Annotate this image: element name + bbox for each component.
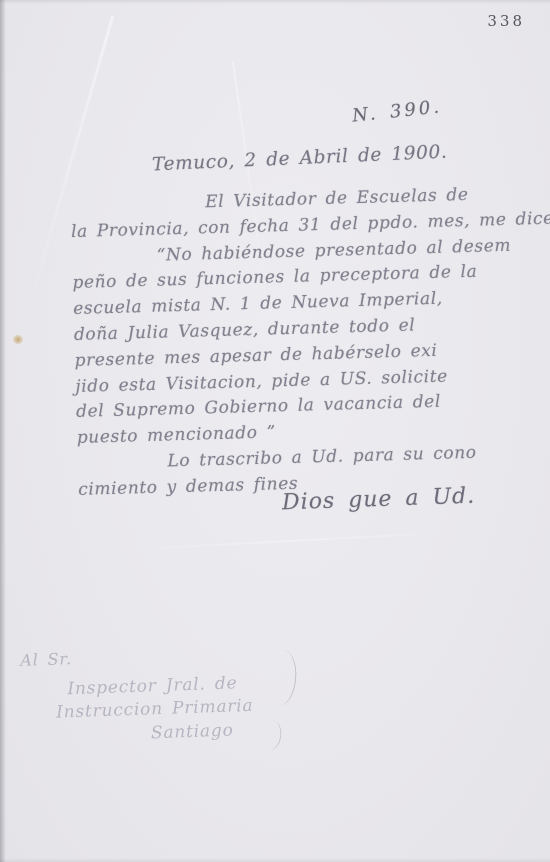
paper-crease <box>120 531 460 551</box>
paper-stain <box>13 335 23 344</box>
dateline: Temuco, 2 de Abril de 1900. <box>152 142 448 176</box>
scan-edge-shadow-bottom <box>0 858 550 862</box>
letter-page: 338 N. 390. Temuco, 2 de Abril de 1900. … <box>0 0 550 862</box>
scan-edge-shadow-top <box>0 0 550 4</box>
scan-edge-shadow-left <box>0 0 6 862</box>
document-number: N. 390. <box>351 96 443 126</box>
folio-number: 338 <box>487 12 525 30</box>
closing-formula: Dios gue a Ud. <box>282 484 476 516</box>
address-block: Al Sr. Inspector Jral. de Instruccion Pr… <box>16 639 339 751</box>
letter-body: El Visitador de Escuelas de la Provincia… <box>70 182 496 503</box>
address-line: Santiago <box>151 715 340 747</box>
